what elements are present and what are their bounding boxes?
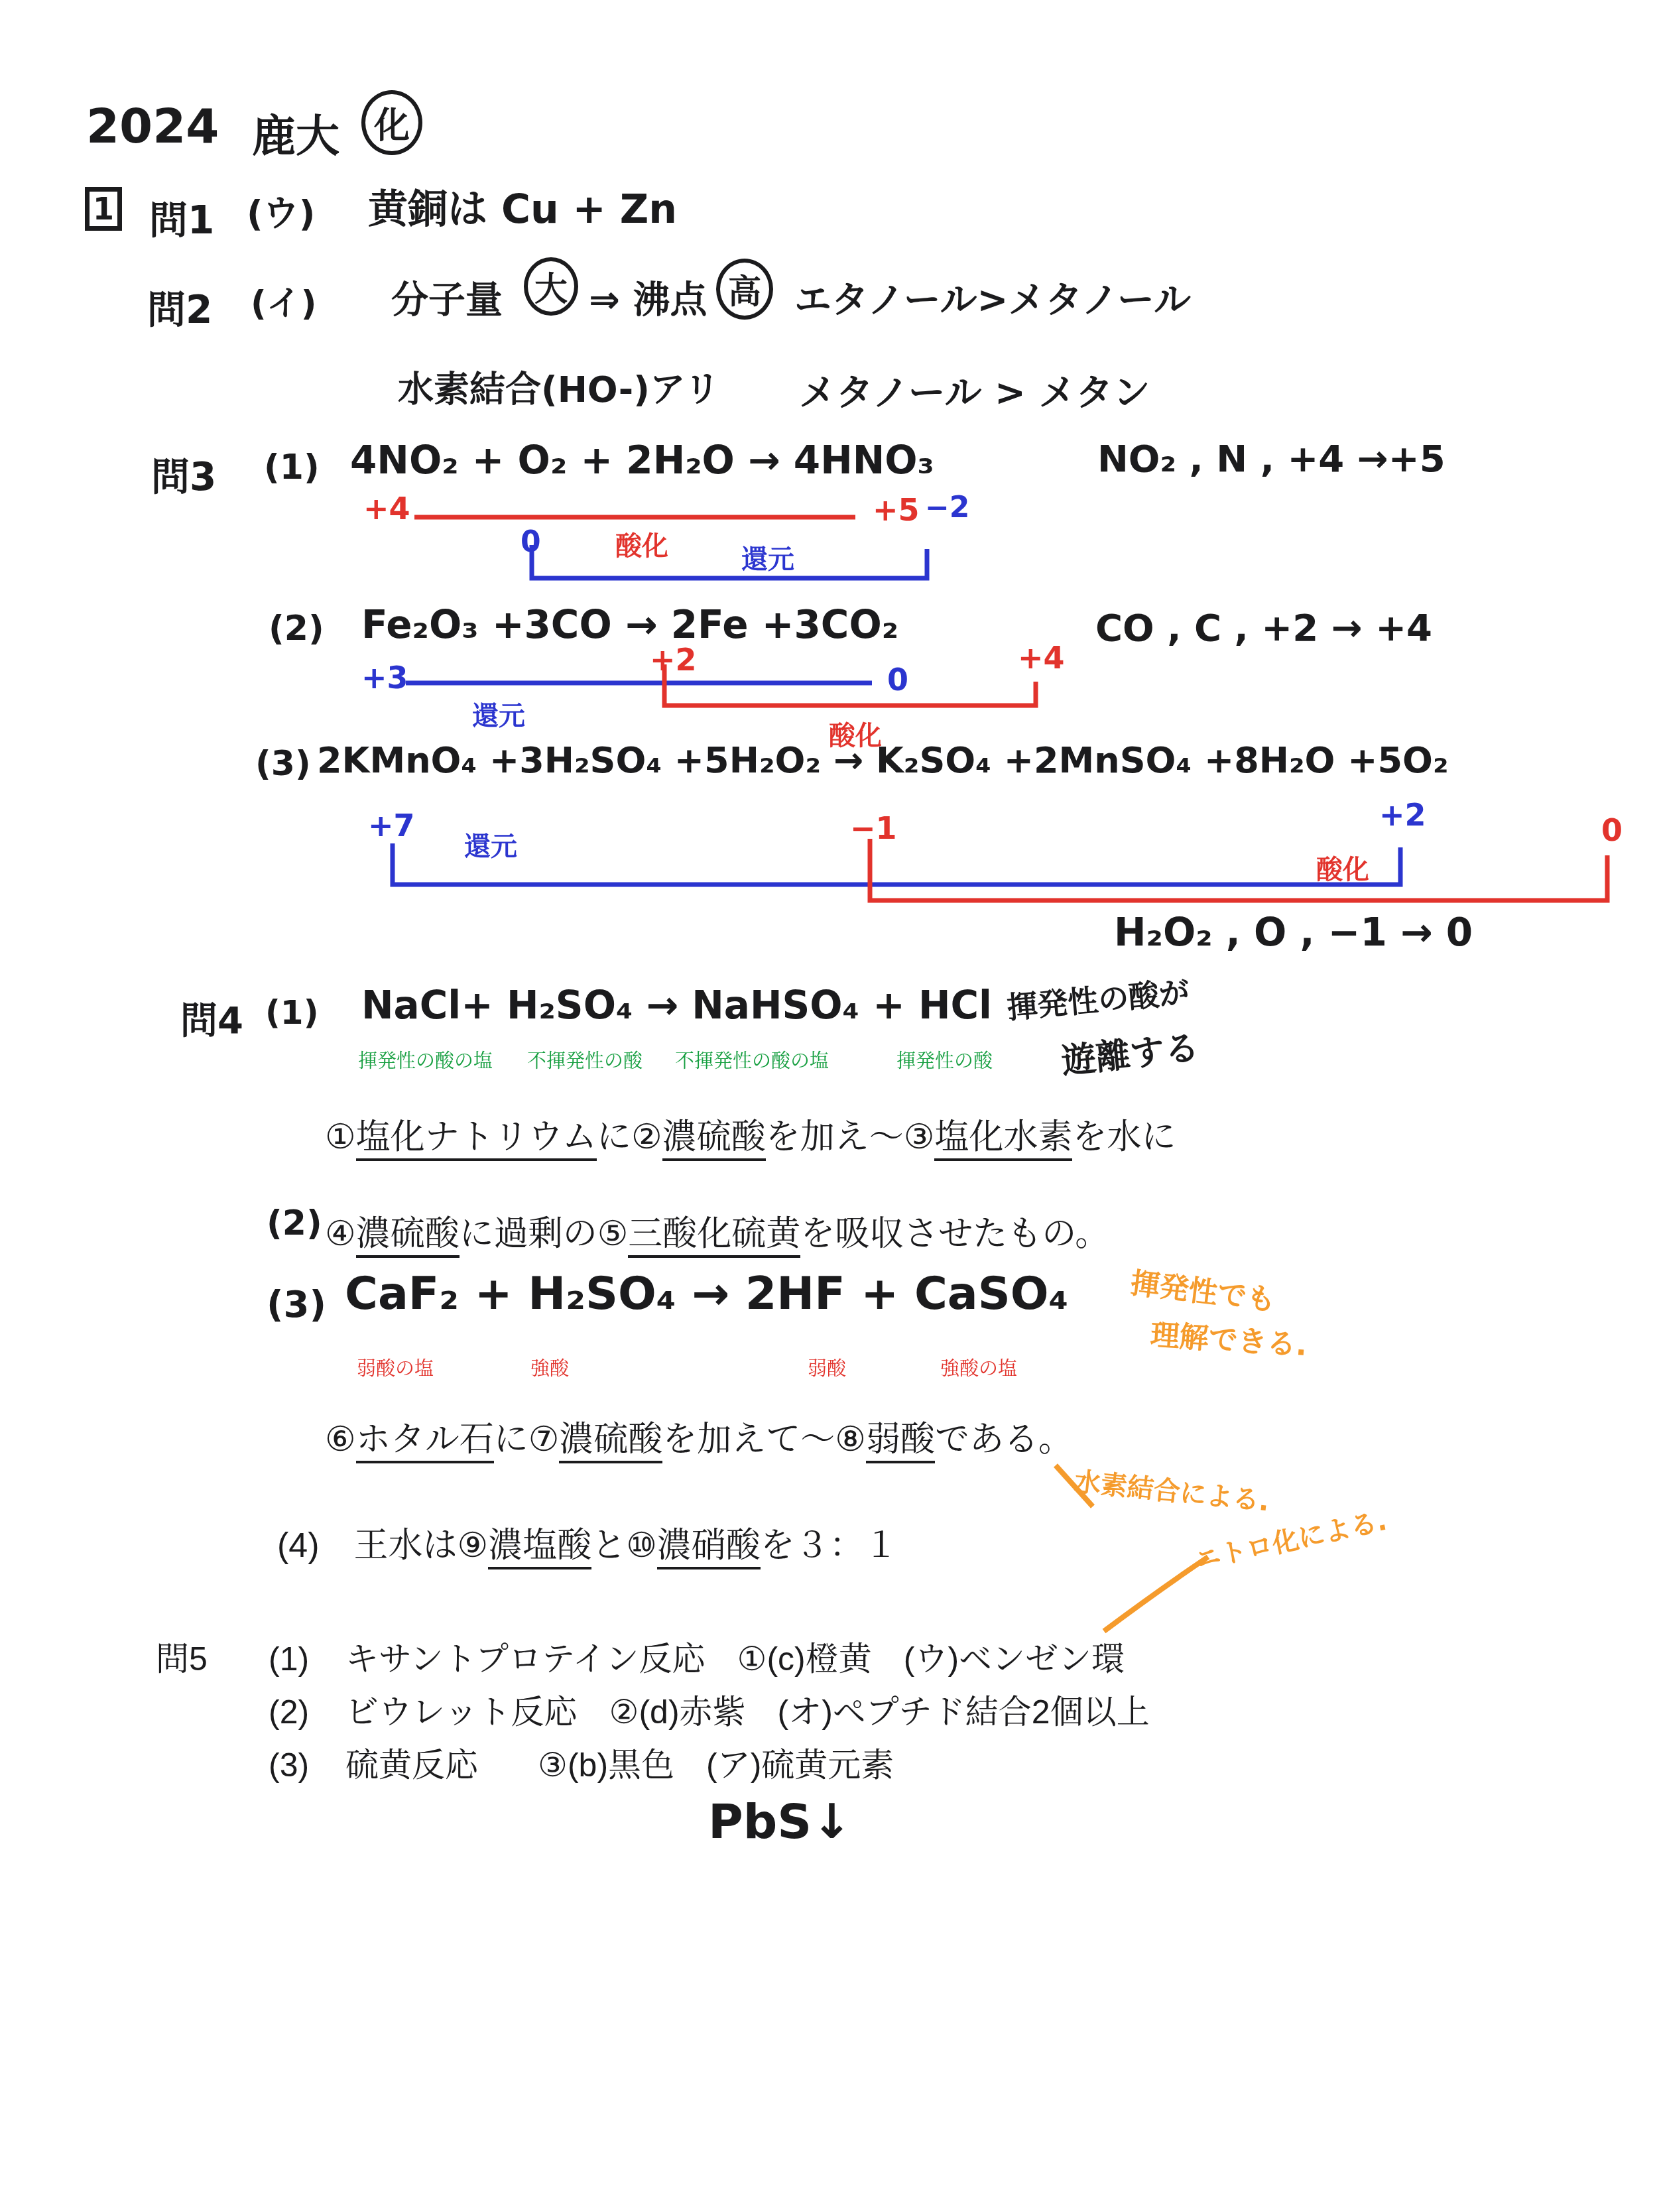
q3-3-oxidation-bracket — [870, 839, 1607, 900]
fill3-seg0: ⑥ — [325, 1420, 356, 1459]
fill2-seg4: を吸収させたもの。 — [800, 1215, 1109, 1253]
q3-label: 問3 — [151, 446, 216, 501]
q3-2-red-from: +3 — [361, 660, 408, 696]
q3-2-ox-from: +2 — [650, 642, 697, 678]
q2-label: 問2 — [147, 278, 212, 334]
q5-label: 問5 — [156, 1632, 208, 1680]
q4-3-tag-2: 弱酸 — [808, 1354, 846, 1381]
fill1-seg6: を水に — [1072, 1118, 1176, 1156]
q3-1-ox-label: 酸化 — [615, 525, 668, 563]
q2-compare1: エタノール>メタノール — [794, 271, 1191, 324]
q3-3-ox-label: 酸化 — [1316, 849, 1369, 887]
q5-row2-extra: (オ)ペプチド結合2個以上 — [778, 1693, 1150, 1731]
q3-3-num: (3) — [255, 744, 311, 784]
q5-row3-reaction: 硫黄反応 — [345, 1747, 478, 1784]
fill3-seg5: 弱酸 — [866, 1420, 935, 1463]
q3-3-red-label: 還元 — [464, 826, 517, 863]
q3-2-red-to: 0 — [887, 662, 908, 698]
q5-row3-num: (3) — [269, 1747, 309, 1784]
q3-3-reduction-bracket — [393, 843, 1400, 885]
q5-row1-num: (1) — [269, 1640, 309, 1678]
q2-implies-bp: ⇒ 沸点 — [589, 271, 707, 324]
fill2-seg0: ④ — [325, 1215, 356, 1253]
q2-hbond: 水素結合(HO-)アリ — [398, 361, 720, 412]
q3-1-o2-state: 0 — [521, 525, 541, 559]
q3-1-ox-to: +5 — [873, 492, 920, 528]
q2-compare2: メタノール > メタン — [799, 363, 1150, 416]
q5-row-2: (2)ビウレット反応②(d)赤紫(オ)ペプチド結合2個以上 — [269, 1686, 1150, 1733]
q3-1-ox-from: +4 — [363, 491, 410, 526]
q5-row2-reaction: ビウレット反応 — [345, 1693, 578, 1731]
q4-3-tag-0: 弱酸の塩 — [357, 1354, 434, 1381]
q5-row1-answer: ①(c)橙黄 — [737, 1640, 872, 1678]
fill4-seg1: 濃塩酸 — [488, 1526, 591, 1569]
q5-row2-num: (2) — [269, 1693, 309, 1731]
q2-circled-high: 高 — [716, 259, 773, 320]
q5-row3-answer: ③(b)黒色 — [538, 1747, 674, 1784]
fill1-seg3: 濃硫酸 — [662, 1118, 766, 1161]
q3-3-equation: 2KMnO₄ +3H₂SO₄ +5H₂O₂ → K₂SO₄ +2MnSO₄ +8… — [317, 739, 1449, 781]
q3-2-oxidation-bracket — [664, 664, 1036, 706]
fill1-seg5: 塩化水素 — [934, 1118, 1072, 1161]
q4-fill-sentence-4: (4) 王水は⑨濃塩酸と⑩濃硝酸を３：１ — [277, 1517, 898, 1567]
q4-3-equation: CaF₂ + H₂SO₄ → 2HF + CaSO₄ — [345, 1268, 1068, 1320]
q3-3-red-from: +7 — [368, 808, 415, 843]
q4-fill-sentence-2: ④濃硫酸に過剰の⑤三酸化硫黄を吸収させたもの。 — [325, 1205, 1109, 1255]
q4-3-note-line1: 揮発性でも — [1129, 1259, 1278, 1319]
q4-1-equation: NaCl+ H₂SO₄ → NaHSO₄ + HCl — [361, 983, 992, 1028]
nitration-note-arrow — [1104, 1557, 1208, 1631]
q1-answer: (ウ) — [247, 186, 315, 237]
fill3-seg4: を加えて～⑧ — [662, 1420, 866, 1459]
fill3-seg2: に⑦ — [494, 1420, 560, 1459]
q4-fill-sentence-3: ⑥ホタル石に⑦濃硫酸を加えて～⑧弱酸である。 — [325, 1411, 1073, 1461]
fill1-seg4: を加え～③ — [766, 1118, 935, 1156]
q5-row1-reaction: キサントプロテイン反応 — [345, 1640, 706, 1678]
q4-3-tag-3: 強酸の塩 — [940, 1354, 1017, 1381]
title-school: 鹿大 — [252, 101, 339, 164]
q4-3-num: (3) — [267, 1283, 326, 1326]
q4-1-num: (1) — [265, 993, 319, 1032]
q4-1-tag-1: 不揮発性の酸 — [527, 1046, 643, 1074]
q5-row-3: (3)硫黄反応③(b)黒色(ア)硫黄元素 — [269, 1739, 894, 1786]
fill4-seg4: を３：１ — [761, 1526, 898, 1565]
q4-1-note-line1: 揮発性の酸が — [1005, 968, 1192, 1028]
q5-row2-answer: ②(d)赤紫 — [609, 1693, 746, 1731]
q4-3-tag-1: 強酸 — [530, 1354, 569, 1381]
q3-1-red-label: 還元 — [741, 538, 794, 576]
fill4-seg3: 濃硝酸 — [657, 1526, 761, 1569]
q4-label: 問4 — [180, 991, 243, 1044]
q2-mol-weight: 分子量 — [391, 271, 503, 324]
q4-1-note-line2: 遊離する — [1059, 1019, 1201, 1083]
fill1-seg2: に② — [597, 1118, 662, 1156]
fill2-seg3: 三酸化硫黄 — [628, 1215, 800, 1258]
q3-3-summary: H₂O₂ , O , −1 → 0 — [1114, 910, 1473, 955]
q4-2-num: (2) — [267, 1203, 322, 1243]
fill3-seg6: である。 — [935, 1420, 1073, 1459]
fill3-seg1: ホタル石 — [356, 1420, 494, 1463]
q4-1-tag-2: 不揮発性の酸の塩 — [675, 1046, 829, 1074]
q2-answer: (イ) — [251, 275, 317, 325]
q3-3-red-to: +2 — [1379, 797, 1426, 833]
fill4-seg0: (4) 王水は⑨ — [277, 1526, 488, 1565]
fill4-seg2: と⑩ — [591, 1526, 657, 1565]
q3-2-num: (2) — [269, 609, 324, 648]
q4-1-tag-3: 揮発性の酸 — [896, 1046, 993, 1074]
title-subject-circle: 化 — [361, 90, 422, 155]
q5-row-1: (1)キサントプロテイン反応①(c)橙黄(ウ)ベンゼン環 — [269, 1632, 1125, 1680]
fill1-seg0: ① — [325, 1118, 356, 1156]
q3-3-ox-to: 0 — [1601, 812, 1623, 848]
fill2-seg2: に過剰の⑤ — [460, 1215, 629, 1253]
q3-1-reduction-bracket — [532, 545, 927, 578]
q3-1-red-to: −2 — [925, 491, 969, 524]
q3-1-num: (1) — [264, 448, 320, 487]
q4-hbond-note: 水素結合による. — [1073, 1461, 1272, 1519]
q3-2-ox-to: +4 — [1018, 640, 1065, 676]
q3-2-red-label: 還元 — [472, 695, 525, 733]
q3-1-equation: 4NO₂ + O₂ + 2H₂O → 4HNO₃ — [350, 438, 934, 483]
q1-label: 問1 — [149, 189, 214, 245]
q4-fill-sentence-1: ①塩化ナトリウムに②濃硫酸を加え～③塩化水素を水に — [325, 1109, 1176, 1158]
notes-page: 2024 鹿大 化 1 問1 (ウ) 黄銅は Cu + Zn 問2 (イ) 分子… — [0, 0, 1659, 2212]
annotation-strokes — [0, 0, 1659, 2212]
title-year: 2024 — [86, 98, 219, 154]
q3-3-ox-from: −1 — [850, 810, 897, 846]
q5-precipitate: PbS↓ — [708, 1794, 852, 1849]
q4-3-note-line2: 理解できる. — [1149, 1311, 1309, 1364]
q4-1-tag-0: 揮発性の酸の塩 — [358, 1046, 493, 1074]
big-question-number-box: 1 — [85, 187, 122, 231]
fill1-seg1: 塩化ナトリウム — [356, 1118, 597, 1161]
q3-2-equation: Fe₂O₃ +3CO → 2Fe +3CO₂ — [361, 602, 898, 647]
q5-row3-extra: (ア)硫黄元素 — [706, 1747, 894, 1784]
q3-2-right-answer: CO , C , +2 → +4 — [1095, 607, 1432, 650]
fill2-seg1: 濃硫酸 — [356, 1215, 460, 1258]
q2-circled-big: 大 — [524, 257, 578, 316]
q5-row1-extra: (ウ)ベンゼン環 — [904, 1640, 1125, 1678]
q3-1-right-answer: NO₂ , N , +4 →+5 — [1097, 438, 1445, 481]
q1-text: 黄銅は Cu + Zn — [368, 178, 677, 235]
fill3-seg3: 濃硫酸 — [559, 1420, 662, 1463]
